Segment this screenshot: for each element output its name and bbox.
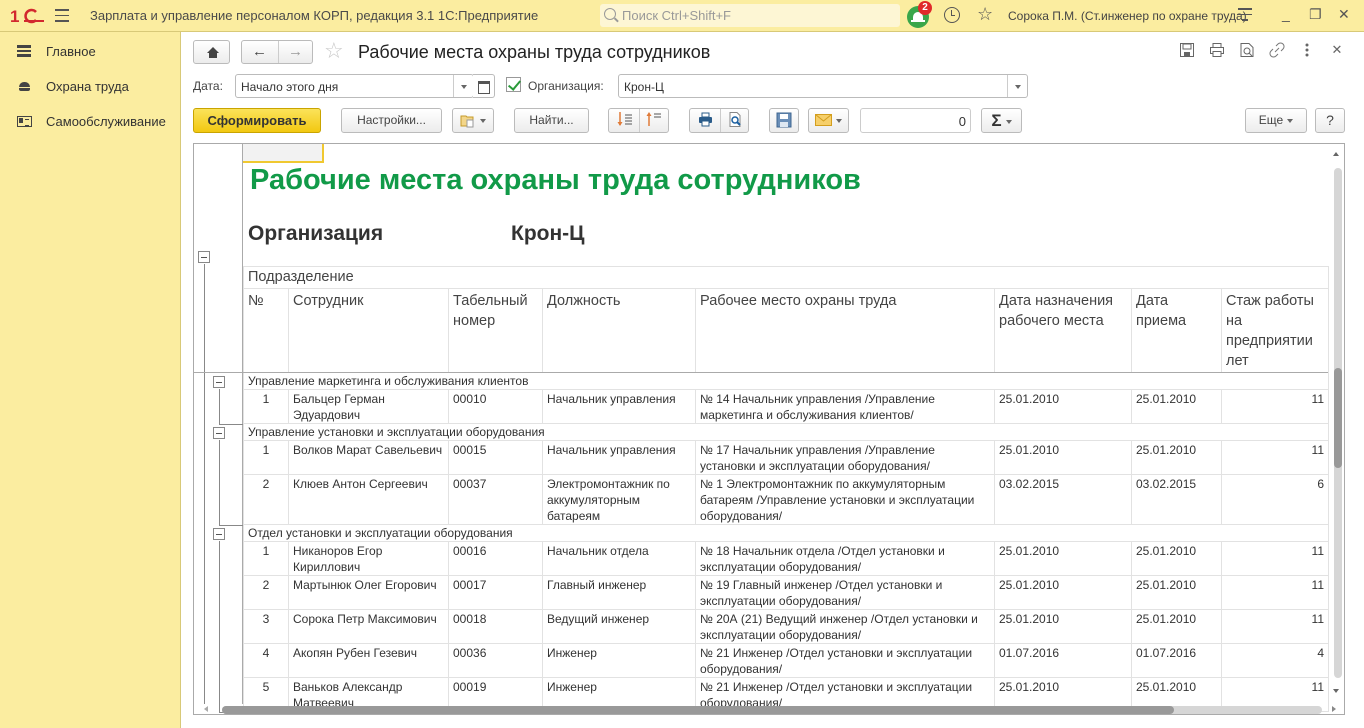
column-header[interactable]: Дата назначения рабочего места <box>995 289 1132 373</box>
settings-menu-icon[interactable] <box>1238 8 1252 25</box>
cell-n: 2 <box>244 576 289 610</box>
current-user[interactable]: Сорока П.М. (Ст.инженер по охране труда) <box>1008 9 1247 23</box>
report-title: Рабочие места охраны труда сотрудников <box>250 164 861 197</box>
column-header[interactable]: Дата приема <box>1132 289 1222 373</box>
date-label: Дата: <box>193 79 223 93</box>
cell-years: 11 <box>1222 610 1329 644</box>
organization-field[interactable]: Крон-Ц <box>618 74 1028 98</box>
top-bar: 1 Зарплата и управление персоналом КОРП,… <box>0 0 1364 32</box>
column-header-row: №СотрудникТабельный номерДолжностьРабоче… <box>244 289 1329 373</box>
cell-years: 11 <box>1222 542 1329 576</box>
back-arrow-icon[interactable]: ← <box>252 43 267 60</box>
cell-n: 2 <box>244 475 289 525</box>
group-collapse-toggle[interactable] <box>213 528 225 540</box>
subheader-row: Подразделение <box>244 267 1329 289</box>
cell-years: 11 <box>1222 390 1329 424</box>
report-spreadsheet[interactable]: Рабочие места охраны труда сотрудников О… <box>193 143 1345 715</box>
column-header[interactable]: Стаж работы на предприятии лет <box>1222 289 1329 373</box>
cell-hired: 25.01.2010 <box>1132 610 1222 644</box>
find-button[interactable]: Найти... <box>514 108 589 133</box>
scroll-right-icon[interactable] <box>1332 706 1336 712</box>
group-row[interactable]: Отдел установки и эксплуатации оборудова… <box>244 525 1329 542</box>
column-header[interactable]: Рабочее место охраны труда <box>696 289 995 373</box>
app-title: Зарплата и управление персоналом КОРП, р… <box>90 8 538 23</box>
close-icon[interactable]: ✕ <box>1328 42 1346 60</box>
minimize-button[interactable]: _ <box>1282 6 1290 22</box>
print-buttons-group <box>689 108 749 133</box>
cell-years: 4 <box>1222 644 1329 678</box>
sum-value: 0 <box>959 114 966 129</box>
cell-tab: 00016 <box>449 542 543 576</box>
settings-button[interactable]: Настройки... <box>341 108 442 133</box>
scroll-up-icon[interactable] <box>1333 152 1339 156</box>
search-input[interactable]: Поиск Ctrl+Shift+F <box>600 4 900 27</box>
restore-button[interactable]: ❐ <box>1309 6 1322 23</box>
tree-line <box>219 440 220 525</box>
organization-checkbox[interactable] <box>506 77 521 92</box>
cell-years: 11 <box>1222 576 1329 610</box>
group-name: Управление установки и эксплуатации обор… <box>244 424 1329 441</box>
link-icon[interactable] <box>1268 42 1286 60</box>
search-icon <box>604 8 616 20</box>
cell-workplace: № 19 Главный инженер /Отдел установки и … <box>696 576 995 610</box>
variants-button[interactable] <box>452 108 494 133</box>
group-collapse-toggle[interactable] <box>213 427 225 439</box>
cell-n: 3 <box>244 610 289 644</box>
group-name: Отдел установки и эксплуатации оборудова… <box>244 525 1329 542</box>
help-button[interactable]: ? <box>1315 108 1345 133</box>
main-menu-button[interactable] <box>55 9 69 22</box>
table-row[interactable]: 2Клюев Антон Сергеевич00037Электромонтаж… <box>244 475 1329 525</box>
cell-position: Электромонтажник по аккумуляторным батар… <box>543 475 696 525</box>
menu-lines-icon <box>17 45 31 59</box>
cell-assigned: 25.01.2010 <box>995 441 1132 475</box>
group-collapse-toggle[interactable] <box>213 376 225 388</box>
organization-dropdown-icon[interactable] <box>1007 75 1027 97</box>
cell-workplace: № 18 Начальник отдела /Отдел установки и… <box>696 542 995 576</box>
cell-workplace: № 20А (21) Ведущий инженер /Отдел устано… <box>696 610 995 644</box>
scroll-down-icon[interactable] <box>1333 689 1339 693</box>
sort-buttons-group <box>608 108 669 133</box>
scroll-left-icon[interactable] <box>204 706 208 712</box>
cell-position: Начальник управления <box>543 390 696 424</box>
report-table: Подразделение№СотрудникТабельный номерДо… <box>243 266 1329 712</box>
cell-tab: 00015 <box>449 441 543 475</box>
organization-value: Крон-Ц <box>624 80 664 94</box>
sigma-icon: Σ <box>991 111 1001 130</box>
preview-icon[interactable] <box>1238 42 1256 60</box>
print-icon[interactable] <box>697 111 714 136</box>
collapse-all-toggle[interactable] <box>198 251 210 263</box>
cell-years: 11 <box>1222 441 1329 475</box>
sidebar-item-label: Самообслуживание <box>46 114 166 129</box>
cell-n: 1 <box>244 390 289 424</box>
date-field[interactable]: Начало этого дня <box>235 74 474 98</box>
cell-n: 1 <box>244 542 289 576</box>
expand-all-icon[interactable] <box>646 109 662 137</box>
cell-hired: 25.01.2010 <box>1132 576 1222 610</box>
close-window-button[interactable]: ✕ <box>1338 6 1350 23</box>
nav-back-forward: ← → <box>241 40 313 64</box>
date-dropdown-icon[interactable] <box>453 75 473 97</box>
cell-employee: Акопян Рубен Гезевич <box>289 644 449 678</box>
cell-employee: Никаноров Егор Кириллович <box>289 542 449 576</box>
add-to-favorites-star-icon[interactable]: ☆ <box>324 38 344 64</box>
1c-logo-icon: 1 <box>10 6 46 26</box>
cell-workplace: № 1 Электромонтажник по аккумуляторным б… <box>696 475 995 525</box>
tree-line <box>204 264 205 704</box>
id-card-icon <box>17 116 32 127</box>
notifications-badge: 2 <box>918 1 932 15</box>
tree-line <box>219 389 220 424</box>
more-button-label: Еще <box>1259 113 1283 127</box>
sidebar-item-main[interactable]: Главное <box>0 35 180 65</box>
cell-n: 4 <box>244 644 289 678</box>
cell-position: Начальник отдела <box>543 542 696 576</box>
cell-assigned: 25.01.2010 <box>995 542 1132 576</box>
sidebar-item-label: Охрана труда <box>46 79 129 94</box>
table-row[interactable]: 1Бальцер Герман Эдуардович00010Начальник… <box>244 390 1329 424</box>
cell-assigned: 25.01.2010 <box>995 610 1132 644</box>
header-separator <box>194 372 1328 373</box>
cell-tab: 00036 <box>449 644 543 678</box>
sidebar-item-self-service[interactable]: Самообслуживание <box>0 105 180 135</box>
envelope-icon <box>815 114 832 126</box>
horizontal-scroll-thumb[interactable] <box>222 706 1174 714</box>
history-icon[interactable] <box>944 7 960 23</box>
sidebar-item-label: Главное <box>46 44 96 59</box>
print-preview-icon[interactable] <box>727 111 744 136</box>
collapse-all-icon[interactable] <box>617 109 633 137</box>
tree-line <box>219 525 243 526</box>
cell-tab: 00037 <box>449 475 543 525</box>
tree-line <box>219 424 243 425</box>
column-header[interactable]: Сотрудник <box>289 289 449 373</box>
generate-button[interactable]: Сформировать <box>193 108 321 133</box>
cell-position: Начальник управления <box>543 441 696 475</box>
cell-position: Главный инженер <box>543 576 696 610</box>
favorites-star-icon[interactable]: ☆ <box>977 4 993 25</box>
save-report-button[interactable] <box>769 108 799 133</box>
save-icon[interactable] <box>1178 42 1196 60</box>
cell-hired: 03.02.2015 <box>1132 475 1222 525</box>
send-email-button[interactable] <box>808 108 849 133</box>
column-header[interactable]: Должность <box>543 289 696 373</box>
cell-position: Инженер <box>543 644 696 678</box>
forward-arrow-icon[interactable]: → <box>288 43 303 60</box>
more-icon[interactable] <box>1298 42 1316 60</box>
subheader-cell: Подразделение <box>244 267 1329 289</box>
column-header[interactable]: Табельный номер <box>449 289 543 373</box>
table-row[interactable]: 1Волков Марат Савельевич00015Начальник у… <box>244 441 1329 475</box>
cell-employee: Бальцер Герман Эдуардович <box>289 390 449 424</box>
cell-employee: Клюев Антон Сергеевич <box>289 475 449 525</box>
home-button[interactable] <box>193 40 230 64</box>
table-row[interactable]: 2Мартынюк Олег Егорович00017Главный инже… <box>244 576 1329 610</box>
selected-cell[interactable] <box>243 144 324 163</box>
report-variants-icon <box>460 113 476 128</box>
cell-hired: 25.01.2010 <box>1132 542 1222 576</box>
cell-years: 6 <box>1222 475 1329 525</box>
horizontal-scrollbar[interactable] <box>194 704 1344 715</box>
vertical-scroll-thumb[interactable] <box>1334 368 1342 468</box>
sum-mode-button[interactable]: Σ <box>981 108 1022 133</box>
group-row[interactable]: Управление установки и эксплуатации обор… <box>244 424 1329 441</box>
cell-hired: 25.01.2010 <box>1132 390 1222 424</box>
report-org-value: Крон-Ц <box>511 222 585 246</box>
cell-workplace: № 21 Инженер /Отдел установки и эксплуат… <box>696 644 995 678</box>
cell-employee: Мартынюк Олег Егорович <box>289 576 449 610</box>
cell-position: Ведущий инженер <box>543 610 696 644</box>
sidebar-item-labor-safety[interactable]: Охрана труда <box>0 70 180 100</box>
group-name: Управление маркетинга и обслуживания кли… <box>244 373 1329 390</box>
table-row[interactable]: 4Акопян Рубен Гезевич00036Инженер№ 21 Ин… <box>244 644 1329 678</box>
sidebar: Главное Охрана труда Самообслуживание <box>0 32 181 728</box>
cell-assigned: 01.07.2016 <box>995 644 1132 678</box>
report-org-label: Организация <box>248 222 383 246</box>
cell-tab: 00017 <box>449 576 543 610</box>
table-row[interactable]: 3Сорока Петр Максимович00018Ведущий инже… <box>244 610 1329 644</box>
floppy-disk-icon <box>776 112 792 128</box>
helmet-icon <box>19 82 30 91</box>
cell-workplace: № 17 Начальник управления /Управление ус… <box>696 441 995 475</box>
form-title: Рабочие места охраны труда сотрудников <box>358 42 710 63</box>
table-row[interactable]: 1Никаноров Егор Кириллович00016Начальник… <box>244 542 1329 576</box>
cell-workplace: № 14 Начальник управления /Управление ма… <box>696 390 995 424</box>
tree-line <box>219 541 220 712</box>
search-placeholder: Поиск Ctrl+Shift+F <box>622 8 731 23</box>
cell-tab: 00010 <box>449 390 543 424</box>
calendar-icon[interactable] <box>473 74 495 98</box>
cell-employee: Сорока Петр Максимович <box>289 610 449 644</box>
selected-cells-sum-field[interactable]: 0 <box>860 108 971 133</box>
svg-text:1: 1 <box>10 7 19 26</box>
vertical-scrollbar[interactable] <box>1329 144 1345 704</box>
print-icon[interactable] <box>1208 42 1226 60</box>
column-header[interactable]: № <box>244 289 289 373</box>
date-value: Начало этого дня <box>241 80 338 94</box>
cell-assigned: 03.02.2015 <box>995 475 1132 525</box>
cell-n: 1 <box>244 441 289 475</box>
organization-label: Организация: <box>528 79 604 93</box>
more-button[interactable]: Еще <box>1245 108 1307 133</box>
group-row[interactable]: Управление маркетинга и обслуживания кли… <box>244 373 1329 390</box>
cell-hired: 01.07.2016 <box>1132 644 1222 678</box>
cell-assigned: 25.01.2010 <box>995 390 1132 424</box>
cell-assigned: 25.01.2010 <box>995 576 1132 610</box>
cell-employee: Волков Марат Савельевич <box>289 441 449 475</box>
cell-hired: 25.01.2010 <box>1132 441 1222 475</box>
cell-tab: 00018 <box>449 610 543 644</box>
